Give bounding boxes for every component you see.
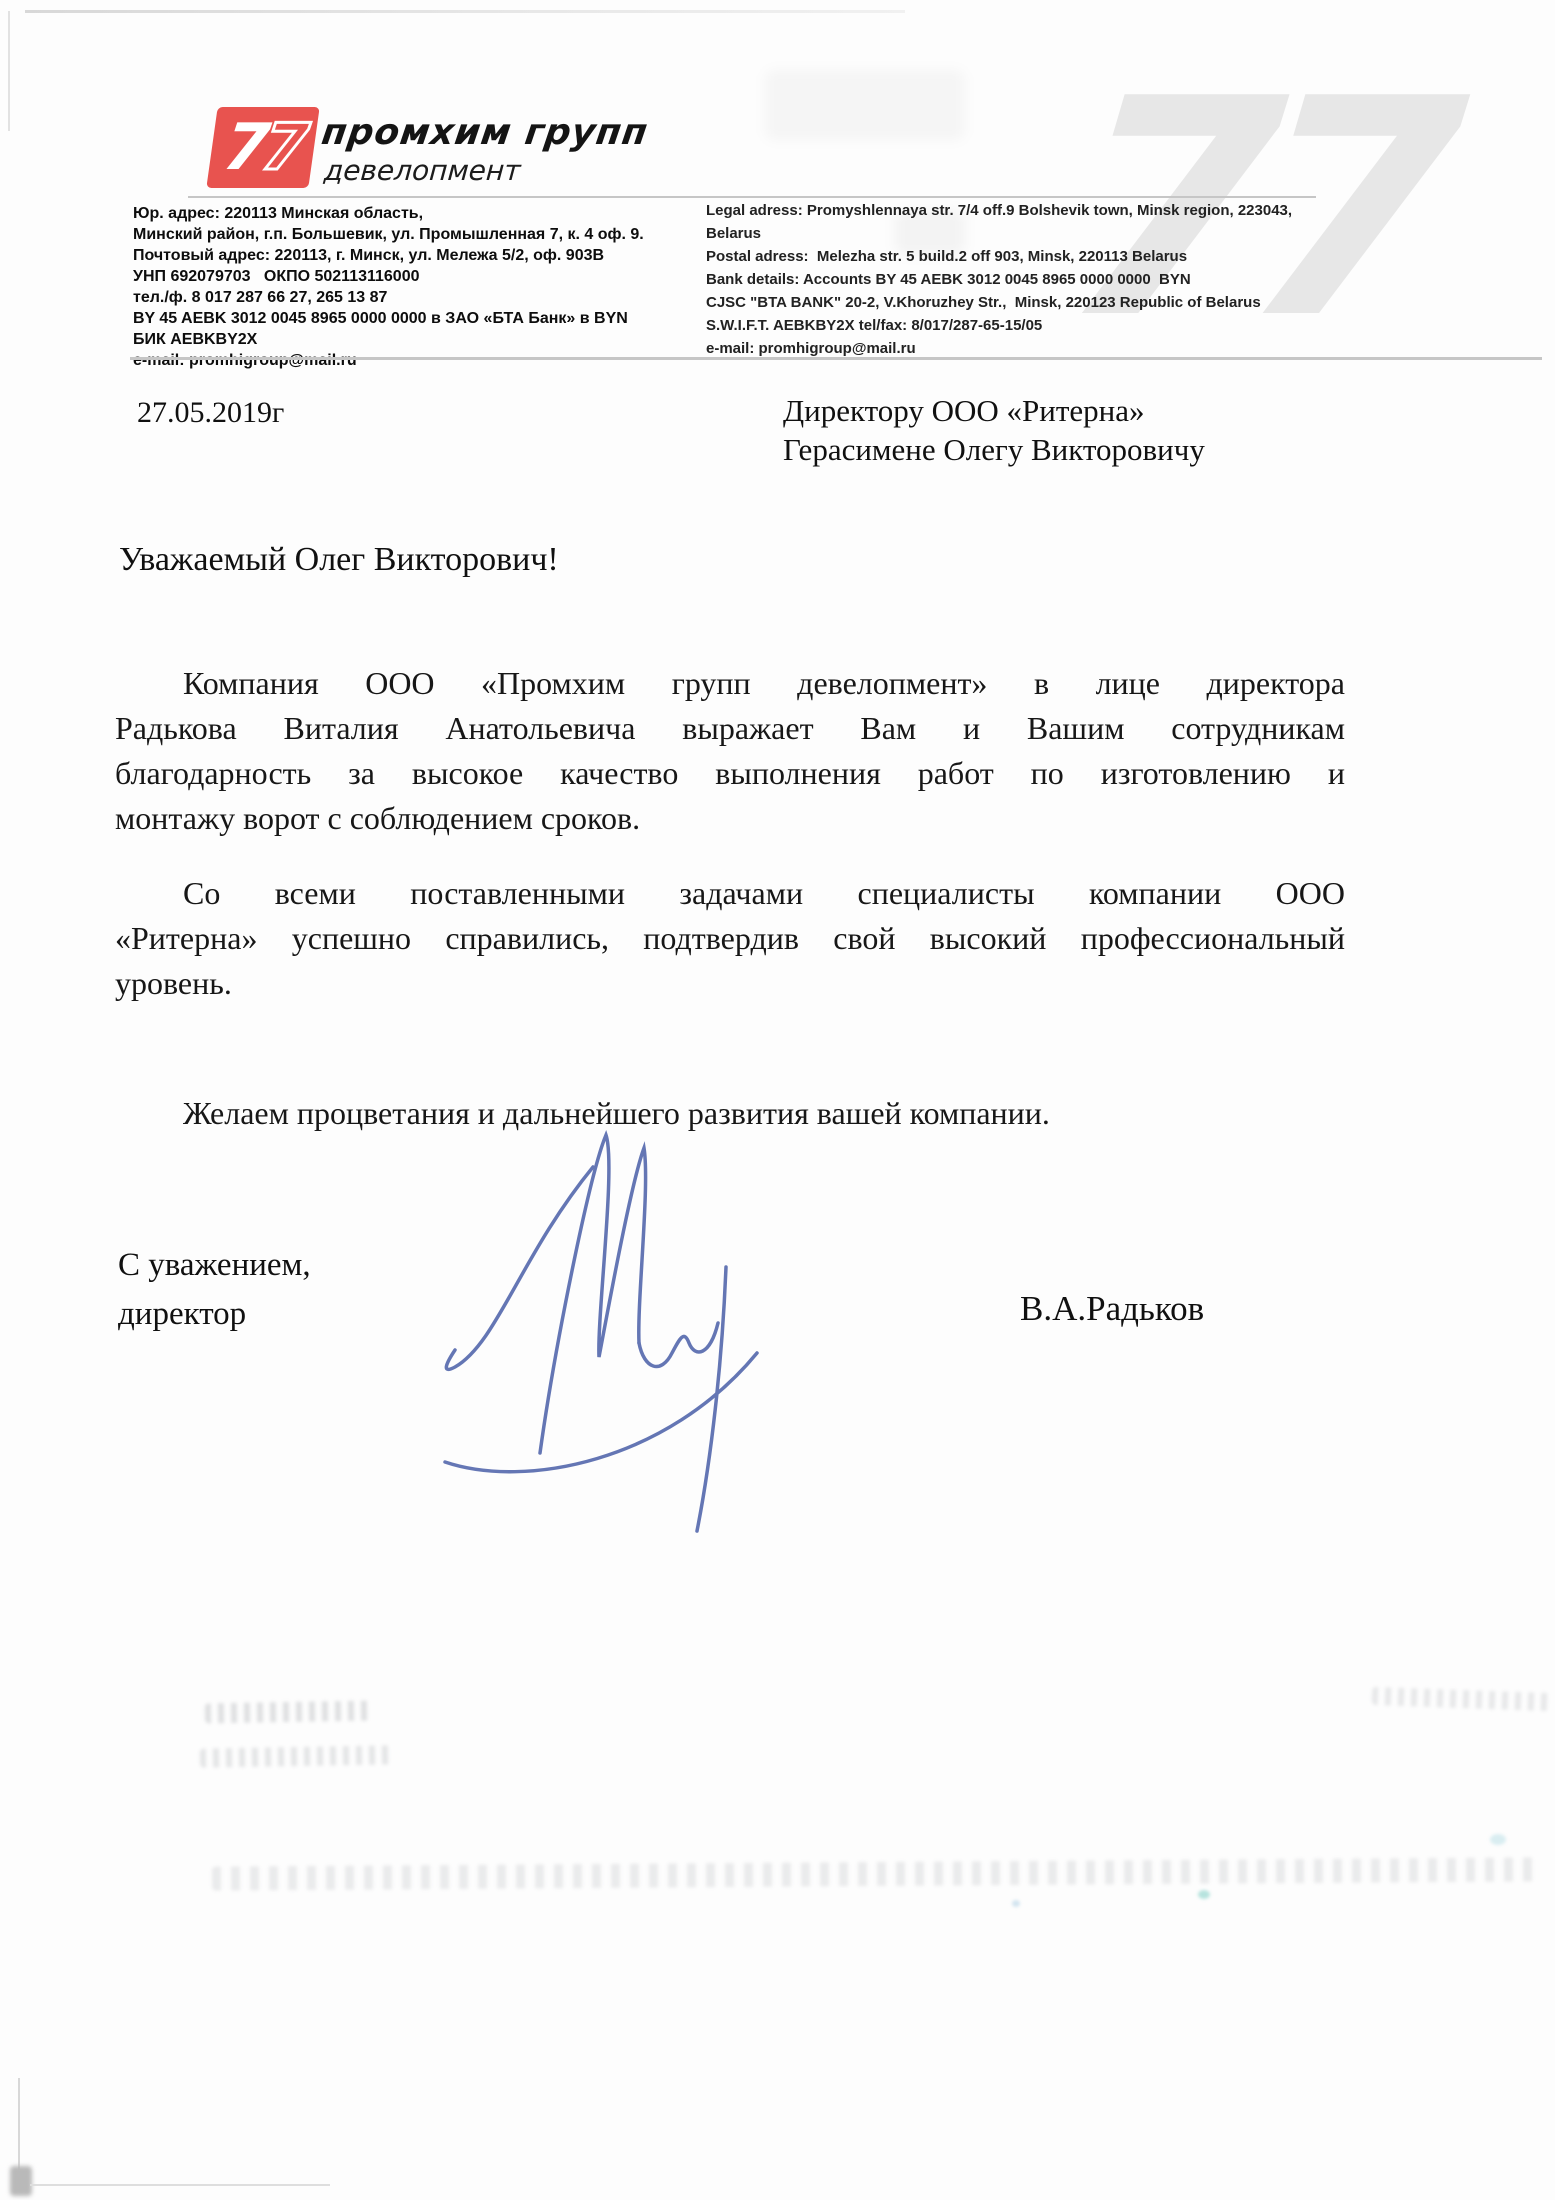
address-line: УНП 692079703 ОКПО 502113116000: [133, 266, 688, 287]
bleedthrough-mark: [1372, 1687, 1551, 1711]
brand-name: промхим групп: [319, 112, 651, 153]
bleedthrough-mark: [205, 1701, 370, 1724]
scan-line-bottom-left: [30, 2184, 330, 2186]
paragraph-line: Компания ООО «Промхим групп девелопмент»…: [115, 661, 1345, 706]
paragraph-line: Радькова Виталия Анатольевича выражает В…: [115, 706, 1345, 751]
paragraph-line: «Ритерна» успешно справились, подтвердив…: [115, 916, 1345, 961]
brand-subname: девелопмент: [323, 154, 522, 187]
scan-edge-top: [25, 10, 905, 13]
address-line: BY 45 AEBK 3012 0045 8965 0000 0000 в ЗА…: [133, 308, 688, 329]
closing-line: директор: [118, 1290, 311, 1339]
salutation: Уважаемый Олег Викторович!: [119, 541, 559, 579]
address-line: e-mail: promhigroup@mail.ru: [133, 350, 688, 371]
address-line: Юр. адрес: 220113 Минская область,: [133, 203, 688, 224]
body-paragraph-1: Компания ООО «Промхим групп девелопмент»…: [115, 661, 1345, 841]
address-line: Минский район, г.п. Большевик, ул. Промы…: [133, 224, 688, 245]
addressee-line: Директору ООО «Ритерна»: [783, 391, 1205, 430]
scanned-letter-page: 77 77 промхим групп девелопмент Юр. адре…: [0, 0, 1555, 2200]
addressee-block: Директору ООО «Ритерна» Герасимене Олегу…: [783, 391, 1205, 469]
scan-blob-bottom-left: [10, 2166, 32, 2196]
paragraph-line: монтажу ворот с соблюдением сроков.: [115, 796, 1345, 841]
scan-smudge: [765, 70, 965, 140]
bleedthrough-mark: [212, 1857, 1542, 1890]
address-line: S.W.I.F.T. AEBKBY2X tel/fax: 8/017/287-6…: [706, 314, 1331, 337]
address-line: БИК AEBKBY2X: [133, 329, 688, 350]
address-line: Legal adress: Promyshlennaya str. 7/4 of…: [706, 199, 1331, 245]
company-logo-icon: 77: [206, 107, 319, 188]
address-line: тел./ф. 8 017 287 66 27, 265 13 87: [133, 287, 688, 308]
letter-date: 27.05.2019г: [137, 396, 284, 430]
address-line: Bank details: Accounts BY 45 AEBK 3012 0…: [706, 268, 1331, 291]
paragraph-line: уровень.: [115, 961, 1345, 1006]
paragraph-line: Со всеми поставленными задачами специали…: [115, 871, 1345, 916]
address-line: CJSC "BTA BANK" 20-2, V.Khoruzhey Str., …: [706, 291, 1331, 314]
body-paragraph-2: Со всеми поставленными задачами специали…: [115, 871, 1345, 1006]
letterhead-address-ru: Юр. адрес: 220113 Минская область,Мински…: [133, 203, 688, 371]
bleedthrough-mark: [200, 1745, 395, 1767]
closing-block: С уважением, директор: [118, 1241, 311, 1339]
letterhead-divider-top: [188, 196, 1316, 198]
closing-line: С уважением,: [118, 1241, 311, 1290]
signer-name: В.А.Радьков: [1020, 1289, 1204, 1329]
paragraph-line: благодарность за высокое качество выполн…: [115, 751, 1345, 796]
scan-speck: [1490, 1834, 1506, 1845]
address-line: Postal adress: Melezha str. 5 build.2 of…: [706, 245, 1331, 268]
scan-edge-left: [8, 11, 10, 131]
scan-speck: [1198, 1890, 1210, 1899]
letterhead-divider-bottom: [130, 357, 1542, 360]
letterhead-address-en: Legal adress: Promyshlennaya str. 7/4 of…: [706, 199, 1331, 360]
scan-speck: [1012, 1900, 1020, 1907]
addressee-line: Герасимене Олегу Викторовичу: [783, 430, 1205, 469]
address-line: Почтовый адрес: 220113, г. Минск, ул. Ме…: [133, 245, 688, 266]
handwritten-signature: [425, 1115, 795, 1535]
